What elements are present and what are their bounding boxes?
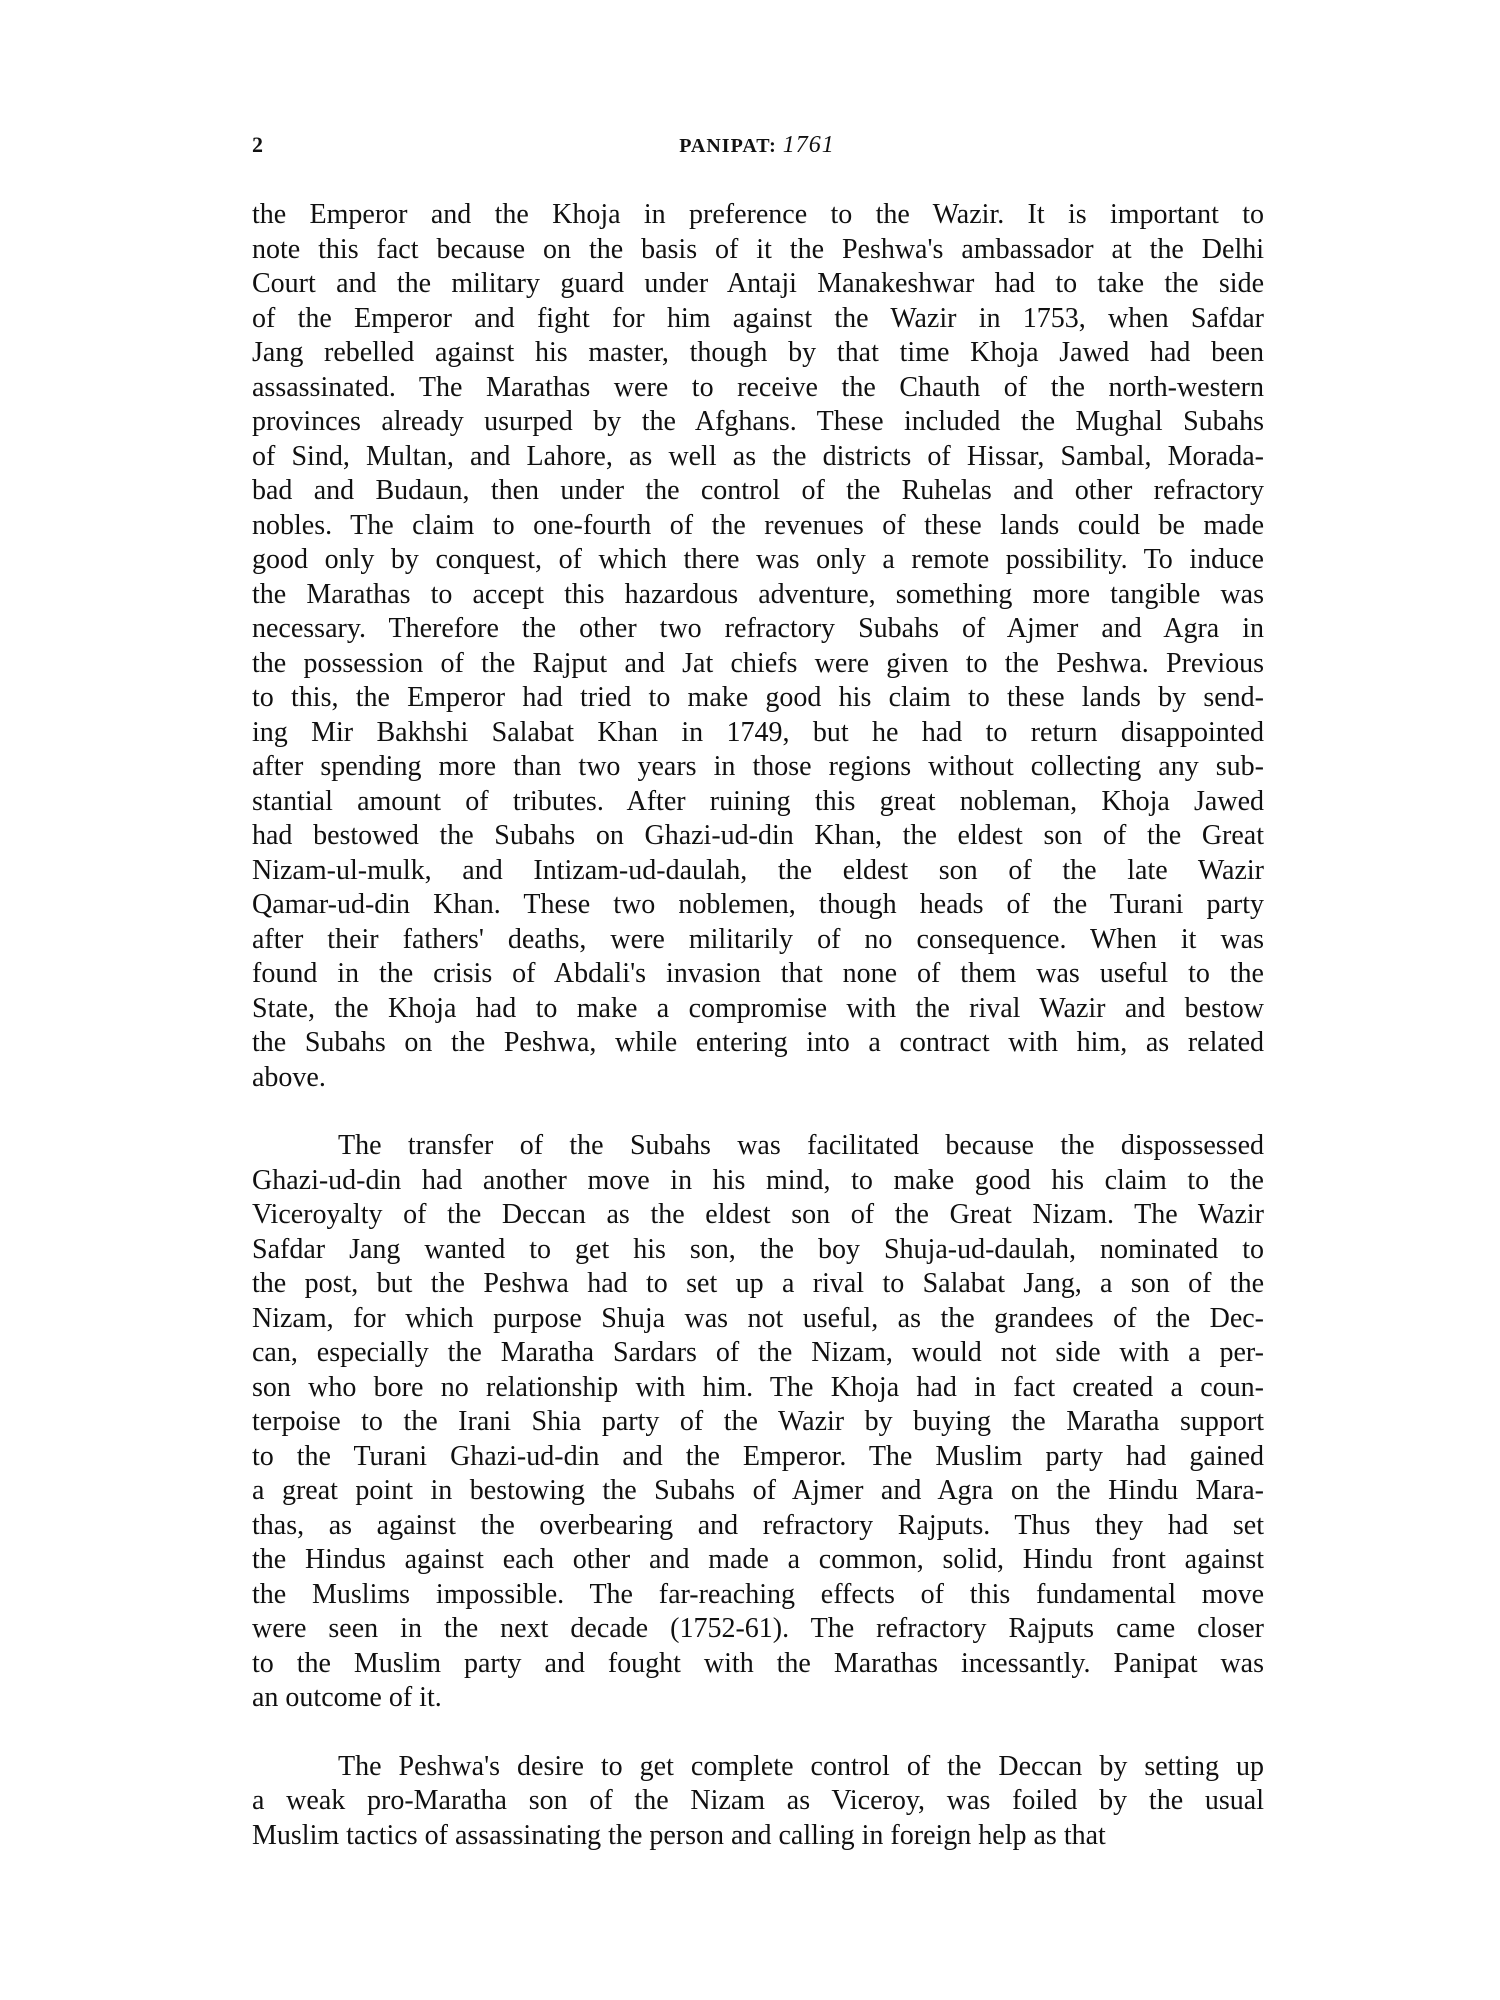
text-line: assassinated. The Marathas were to recei… — [252, 371, 1264, 406]
text-line: had bestowed the Subahs on Ghazi-ud-din … — [252, 819, 1264, 854]
text-line: after spending more than two years in th… — [252, 750, 1264, 785]
running-head: 2 PANIPAT: 1761 — [252, 132, 1262, 166]
text-line: Qamar-ud-din Khan. These two noblemen, t… — [252, 888, 1264, 923]
text-line: Nizam, for which purpose Shuja was not u… — [252, 1302, 1264, 1337]
text-line: bad and Budaun, then under the control o… — [252, 474, 1264, 509]
text-line: an outcome of it. — [252, 1681, 1264, 1716]
text-line: State, the Khoja had to make a compromis… — [252, 992, 1264, 1027]
text-line: can, especially the Maratha Sardars of t… — [252, 1336, 1264, 1371]
text-line: above. — [252, 1061, 1264, 1096]
text-line: the Marathas to accept this hazardous ad… — [252, 578, 1264, 613]
text-line: the post, but the Peshwa had to set up a… — [252, 1267, 1264, 1302]
text-line: The Peshwa's desire to get complete cont… — [252, 1750, 1264, 1785]
text-line: Jang rebelled against his master, though… — [252, 336, 1264, 371]
text-line: to the Turani Ghazi-ud-din and the Emper… — [252, 1440, 1264, 1475]
text-line: the Emperor and the Khoja in preference … — [252, 198, 1264, 233]
text-line: the Subahs on the Peshwa, while entering… — [252, 1026, 1264, 1061]
text-line: good only by conquest, of which there wa… — [252, 543, 1264, 578]
text-line: the possession of the Rajput and Jat chi… — [252, 647, 1264, 682]
book-title: PANIPAT: — [679, 135, 777, 157]
text-line: note this fact because on the basis of i… — [252, 233, 1264, 268]
paragraph: the Emperor and the Khoja in preference … — [252, 198, 1264, 1095]
text-line: necessary. Therefore the other two refra… — [252, 612, 1264, 647]
book-year: 1761 — [783, 132, 835, 158]
text-line: Court and the military guard under Antaj… — [252, 267, 1264, 302]
text-line: found in the crisis of Abdali's invasion… — [252, 957, 1264, 992]
text-line: the Hindus against each other and made a… — [252, 1543, 1264, 1578]
text-line: terpoise to the Irani Shia party of the … — [252, 1405, 1264, 1440]
body-text: the Emperor and the Khoja in preference … — [252, 198, 1264, 1853]
text-line: provinces already usurped by the Afghans… — [252, 405, 1264, 440]
paragraph: The transfer of the Subahs was facilitat… — [252, 1129, 1264, 1716]
text-line: a weak pro-Maratha son of the Nizam as V… — [252, 1784, 1264, 1819]
text-line: ing Mir Bakhshi Salabat Khan in 1749, bu… — [252, 716, 1264, 751]
text-line: son who bore no relationship with him. T… — [252, 1371, 1264, 1406]
text-line: Nizam-ul-mulk, and Intizam-ud-daulah, th… — [252, 854, 1264, 889]
text-line: to this, the Emperor had tried to make g… — [252, 681, 1264, 716]
paragraph: The Peshwa's desire to get complete cont… — [252, 1750, 1264, 1854]
text-line: the Muslims impossible. The far-reaching… — [252, 1578, 1264, 1613]
text-line: of the Emperor and fight for him against… — [252, 302, 1264, 337]
text-line: thas, as against the overbearing and ref… — [252, 1509, 1264, 1544]
text-line: Safdar Jang wanted to get his son, the b… — [252, 1233, 1264, 1268]
text-line: Muslim tactics of assassinating the pers… — [252, 1819, 1264, 1854]
text-line: after their fathers' deaths, were milita… — [252, 923, 1264, 958]
text-line: nobles. The claim to one-fourth of the r… — [252, 509, 1264, 544]
text-line: of Sind, Multan, and Lahore, as well as … — [252, 440, 1264, 475]
text-line: The transfer of the Subahs was facilitat… — [252, 1129, 1264, 1164]
text-line: a great point in bestowing the Subahs of… — [252, 1474, 1264, 1509]
text-line: to the Muslim party and fought with the … — [252, 1647, 1264, 1682]
running-title: PANIPAT: 1761 — [252, 132, 1262, 159]
text-line: were seen in the next decade (1752-61). … — [252, 1612, 1264, 1647]
text-line: stantial amount of tributes. After ruini… — [252, 785, 1264, 820]
text-line: Ghazi-ud-din had another move in his min… — [252, 1164, 1264, 1199]
text-line: Viceroyalty of the Deccan as the eldest … — [252, 1198, 1264, 1233]
